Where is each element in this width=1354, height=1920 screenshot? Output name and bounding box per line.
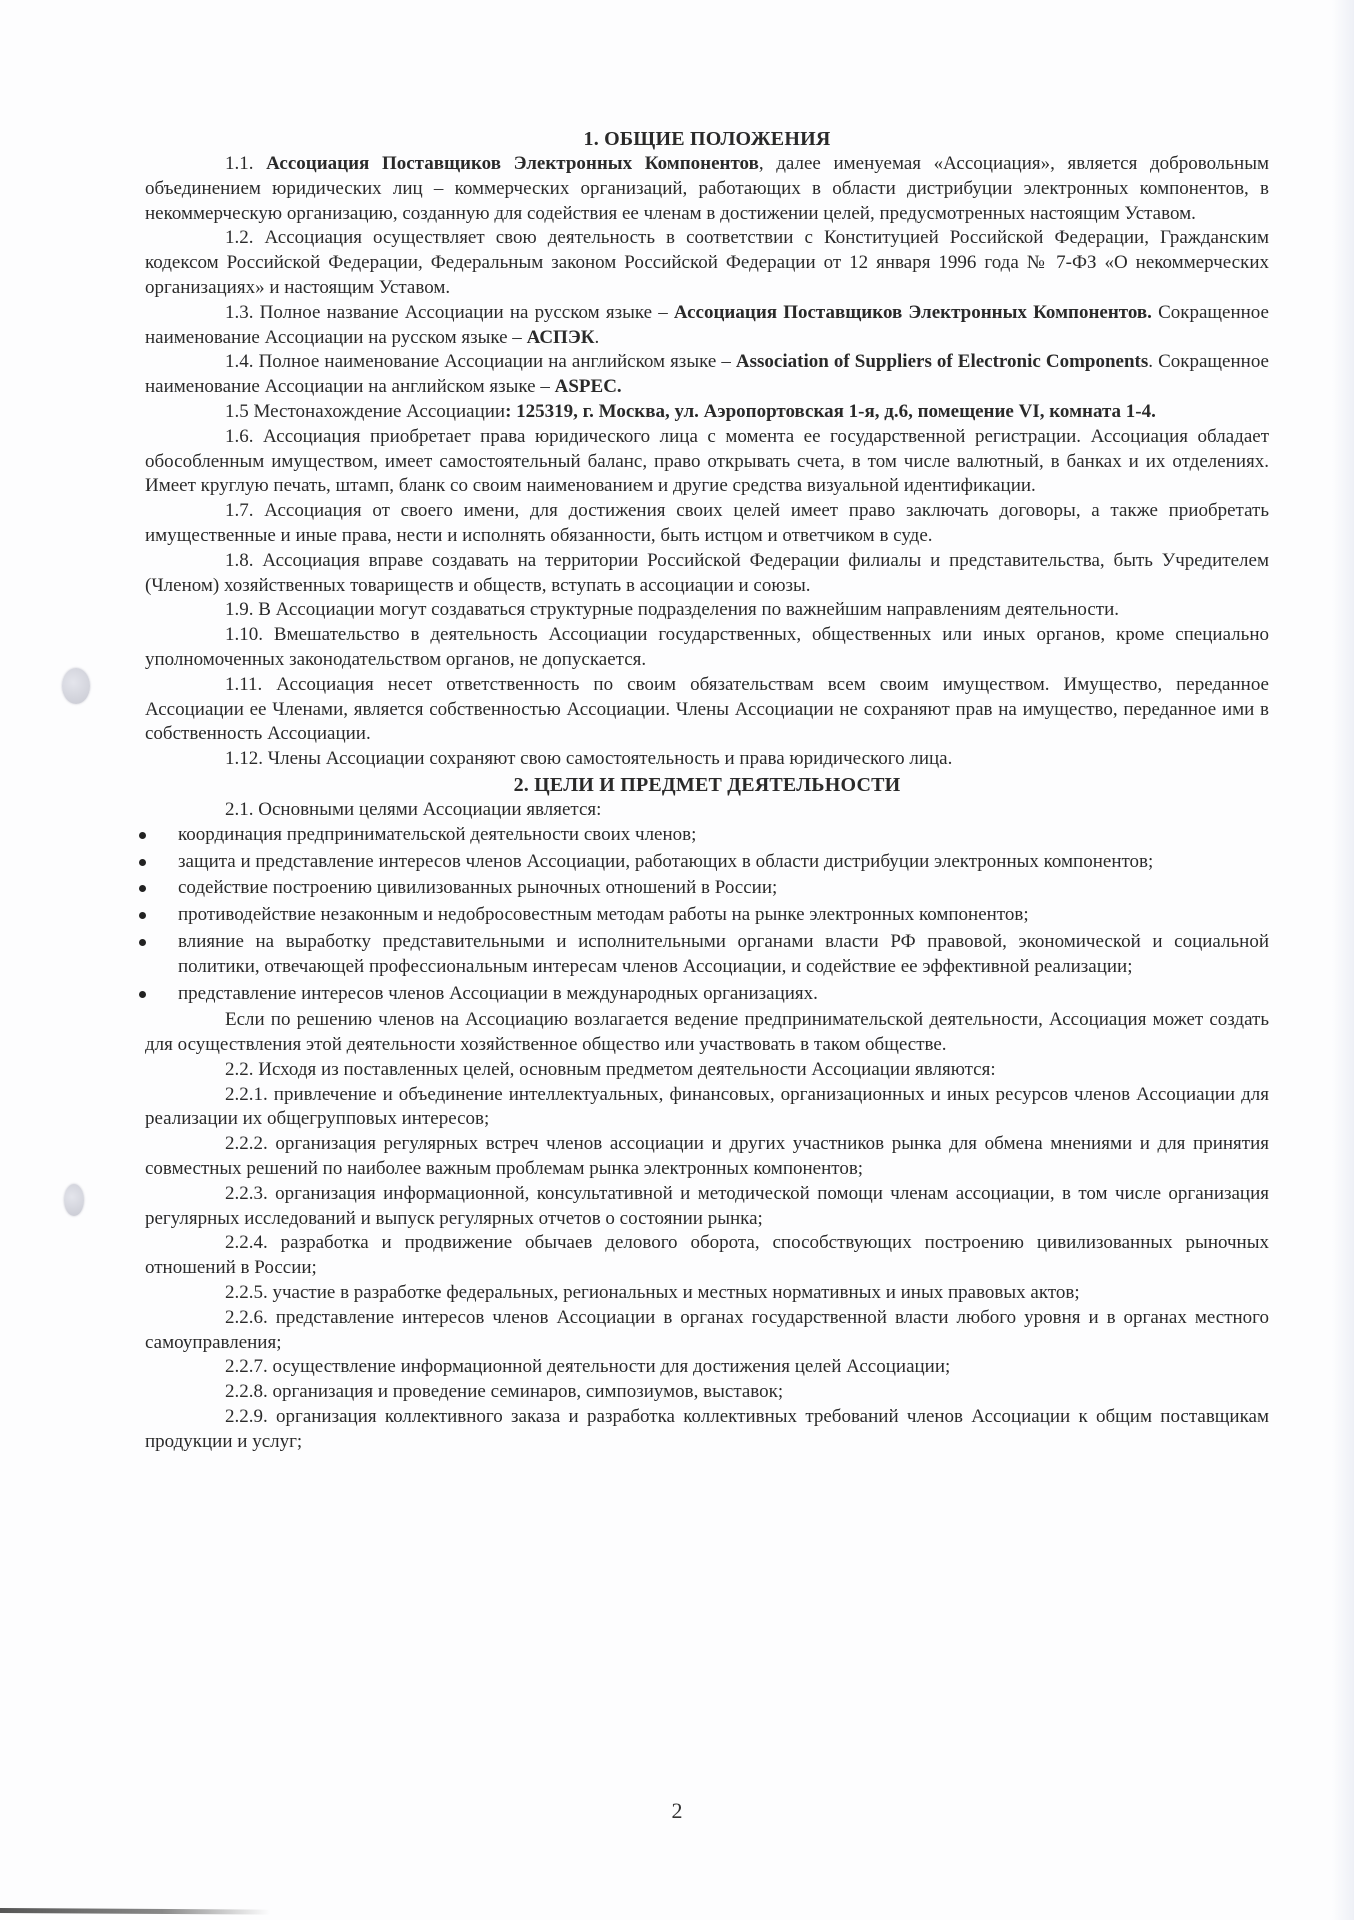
goal-item: влияние на выработку представительными и…: [145, 930, 1269, 980]
page-bottom-edge: [0, 1908, 270, 1915]
clause-2-2-8: 2.2.8. организация и проведение семинаро…: [145, 1380, 1269, 1405]
document-body: 1. ОБЩИЕ ПОЛОЖЕНИЯ 1.1. Ассоциация Поста…: [145, 126, 1269, 1455]
clause-1-10: 1.10. Вмешательство в деятельность Ассоц…: [145, 623, 1269, 673]
association-name-bold: Ассоциация Поставщиков Электронных Компо…: [266, 153, 759, 174]
clause-2-2-2: 2.2.2. организация регулярных встреч чле…: [145, 1132, 1269, 1182]
clause-2-2-3: 2.2.3. организация информационной, консу…: [145, 1182, 1269, 1232]
clause-2-2-9: 2.2.9. организация коллективного заказа …: [145, 1405, 1269, 1455]
clause-2-2-6: 2.2.6. представление интересов членов Ас…: [145, 1306, 1269, 1356]
clause-1-2: 1.2. Ассоциация осуществляет свою деятел…: [145, 226, 1269, 300]
clause-1-1: 1.1. Ассоциация Поставщиков Электронных …: [145, 152, 1269, 226]
short-name-ru-bold: АСПЭК: [527, 327, 595, 348]
clause-1-3: 1.3. Полное название Ассоциации на русск…: [145, 301, 1269, 351]
bullet-icon: [139, 859, 146, 866]
full-name-ru-bold: Ассоциация Поставщиков Электронных Компо…: [674, 302, 1152, 323]
clause-2-2-7: 2.2.7. осуществление информационной деят…: [145, 1355, 1269, 1380]
business-activity-paragraph: Если по решению членов на Ассоциацию воз…: [145, 1008, 1269, 1058]
clause-1-4: 1.4. Полное наименование Ассоциации на а…: [145, 350, 1269, 400]
goal-item: защита и представление интересов членов …: [145, 850, 1269, 875]
clause-text: 1.3. Полное название Ассоциации на русск…: [225, 302, 674, 323]
goal-text: представление интересов членов Ассоциаци…: [178, 983, 818, 1004]
goal-item: содействие построению цивилизованных рын…: [145, 876, 1269, 901]
clause-1-7: 1.7. Ассоциация от своего имени, для дос…: [145, 499, 1269, 549]
section-1-title: 1. ОБЩИЕ ПОЛОЖЕНИЯ: [145, 126, 1269, 152]
clause-text: .: [595, 327, 600, 348]
bullet-icon: [139, 885, 146, 892]
goals-list: координация предпринимательской деятельн…: [145, 823, 1269, 1007]
clause-2-1: 2.1. Основными целями Ассоциации являетс…: [145, 798, 1269, 823]
scanned-page: 1. ОБЩИЕ ПОЛОЖЕНИЯ 1.1. Ассоциация Поста…: [0, 0, 1354, 1920]
short-name-en-bold: ASPEC.: [555, 376, 622, 397]
page-number: 2: [0, 1798, 1354, 1824]
address-bold: : 125319, г. Москва, ул. Аэропортовская …: [505, 401, 1156, 422]
clause-2-2: 2.2. Исходя из поставленных целей, основ…: [145, 1058, 1269, 1083]
goal-text: координация предпринимательской деятельн…: [178, 824, 696, 845]
clause-1-5: 1.5 Местонахождение Ассоциации: 125319, …: [145, 400, 1269, 425]
clause-2-2-1: 2.2.1. привлечение и объединение интелле…: [145, 1083, 1269, 1133]
bullet-icon: [139, 991, 146, 998]
goal-text: противодействие незаконным и недобросове…: [178, 904, 1029, 925]
bullet-icon: [139, 832, 146, 839]
bullet-icon: [139, 912, 146, 919]
goal-item: противодействие незаконным и недобросове…: [145, 903, 1269, 928]
clause-1-9: 1.9. В Ассоциации могут создаваться стру…: [145, 598, 1269, 623]
goal-text: содействие построению цивилизованных рын…: [178, 877, 777, 898]
clause-number: 1.1.: [225, 153, 266, 174]
clause-2-2-5: 2.2.5. участие в разработке федеральных,…: [145, 1281, 1269, 1306]
page-edge-shadow: [1332, 0, 1354, 1920]
section-2-title: 2. ЦЕЛИ И ПРЕДМЕТ ДЕЯТЕЛЬНОСТИ: [145, 772, 1269, 798]
clause-1-11: 1.11. Ассоциация несет ответственность п…: [145, 673, 1269, 747]
goal-text: влияние на выработку представительными и…: [178, 931, 1269, 977]
clause-text: 1.5 Местонахождение Ассоциации: [225, 401, 505, 422]
clause-1-6: 1.6. Ассоциация приобретает права юридич…: [145, 425, 1269, 499]
clause-1-8: 1.8. Ассоциация вправе создавать на терр…: [145, 549, 1269, 599]
full-name-en-bold: Association of Suppliers of Electronic C…: [736, 351, 1148, 372]
bullet-icon: [139, 939, 146, 946]
clause-1-12: 1.12. Члены Ассоциации сохраняют свою са…: [145, 747, 1269, 772]
goal-item: представление интересов членов Ассоциаци…: [145, 982, 1269, 1007]
goal-item: координация предпринимательской деятельн…: [145, 823, 1269, 848]
goal-text: защита и представление интересов членов …: [178, 851, 1153, 872]
punch-hole-icon: [62, 668, 90, 704]
clause-text: 1.4. Полное наименование Ассоциации на а…: [225, 351, 736, 372]
clause-2-2-4: 2.2.4. разработка и продвижение обычаев …: [145, 1231, 1269, 1281]
punch-hole-icon: [64, 1184, 84, 1216]
